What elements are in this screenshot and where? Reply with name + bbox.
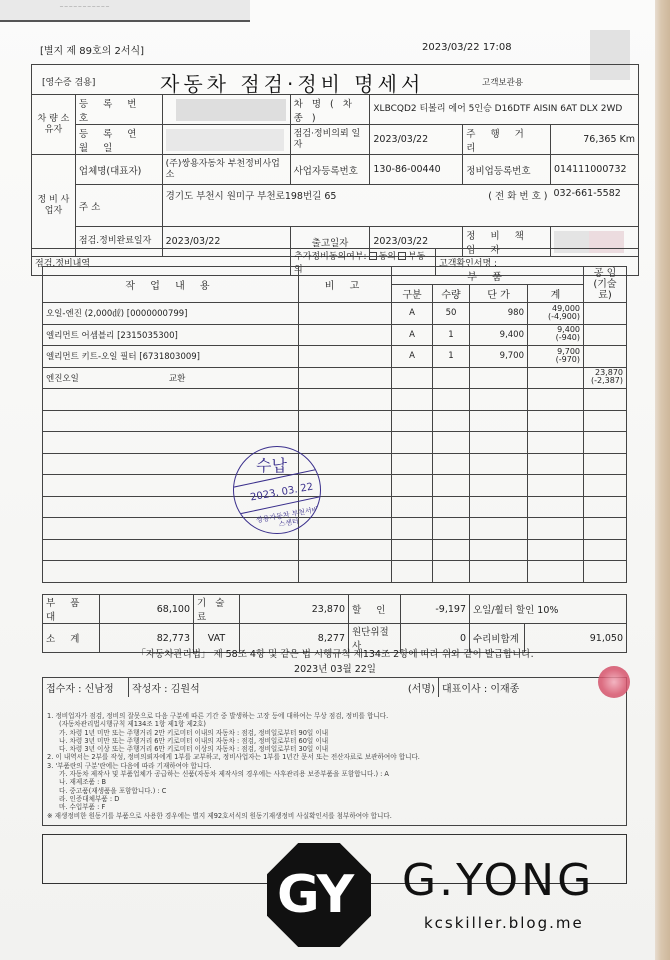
address-label: 주 소: [75, 185, 162, 227]
disagree-checkbox[interactable]: [398, 252, 406, 260]
qty-cell: 1: [433, 324, 470, 346]
empty-cell: [470, 410, 528, 432]
table-row: 엘리먼트 어셈블리 [2315035300]A19,4009,400(-940): [43, 324, 627, 346]
empty-cell: [433, 410, 470, 432]
repair-reg-label: 정비업등록번호: [463, 155, 551, 185]
signature-table: 접수자 : 신남정 작성자 : 김원석 (서명) 대표이사 : 이재종: [42, 677, 627, 697]
empty-cell: [470, 453, 528, 475]
labor-total-label: 기 술 료: [194, 595, 240, 624]
work-cell: 오일-엔진 (2,000㎗) [0000000799]: [43, 303, 299, 325]
totals-table: 부 품 대 68,100 기 술 료 23,870 할 인 -9,197 오일/…: [42, 594, 627, 653]
empty-cell: [392, 475, 433, 497]
unit-price-cell: [470, 367, 528, 389]
empty-cell: [584, 518, 627, 540]
work-cell: 엔진오일교환: [43, 367, 299, 389]
empty-cell: [299, 561, 392, 583]
labor-total-value: 23,870: [240, 595, 349, 624]
company-seal: [598, 666, 630, 698]
note-line: 가. 차령 1년 미만 또는 주행거리 2만 키로미터 이내의 자동차 : 점검…: [47, 729, 626, 737]
labor-cell: [584, 324, 627, 346]
empty-cell: [528, 561, 584, 583]
empty-cell: [584, 432, 627, 454]
mileage-label: 주 행 거 리: [463, 125, 551, 155]
empty-cell: [584, 496, 627, 518]
empty-cell: [470, 475, 528, 497]
work-text: 엘리먼트 어셈블리 [2315035300]: [46, 331, 178, 341]
empty-cell: [584, 475, 627, 497]
note-line: 나. 차령 3년 미만 또는 주행거리 6만 키로미터 이내의 자동차 : 점검…: [47, 737, 626, 745]
paid-stamp: 수납 2023. 03. 22 쌍용자동차 부천서비스센터: [233, 446, 321, 534]
empty-cell: [392, 432, 433, 454]
writer: 작성자 : 김원석: [129, 678, 379, 697]
category-header: 구분: [392, 285, 433, 303]
company-value: (주)쌍용자동차 부천정비사업소: [162, 155, 290, 185]
parts-total-value: 68,100: [100, 595, 194, 624]
category-cell: A: [392, 346, 433, 368]
total-discount: (-4,900): [548, 313, 580, 321]
empty-cell: [528, 389, 584, 411]
unit-price-cell: 980: [470, 303, 528, 325]
empty-cell: [299, 432, 392, 454]
category-cell: [392, 367, 433, 389]
note-line: 라. 인증대체부품 : D: [47, 795, 626, 803]
empty-cell: [470, 496, 528, 518]
empty-row: [43, 453, 627, 475]
shop-section-label: 정 비 사업자: [32, 155, 76, 257]
reg-date-label: 등 록 연 월 일: [75, 125, 162, 155]
note-line: 가. 자동차 제작사 및 부품업체가 공급하는 신품(자동차 제작사의 경우에는…: [47, 770, 626, 778]
form-number: [별지 제 89호의 2서식]: [40, 42, 144, 57]
work-note: 교환: [169, 374, 185, 384]
total-stack: 49,000(-4,900): [548, 305, 580, 321]
work-cell: 엘리먼트 키트-오일 필터 [6731803009]: [43, 346, 299, 368]
sign-mark: (서명): [379, 678, 439, 697]
table-row: 엘리먼트 키트-오일 필터 [6731803009]A19,7009,700(-…: [43, 346, 627, 368]
work-cell: 엘리먼트 어셈블리 [2315035300]: [43, 324, 299, 346]
labor-cell: 23,870(-2,387): [584, 367, 627, 389]
empty-cell: [392, 453, 433, 475]
empty-row: [43, 518, 627, 540]
empty-cell: [584, 410, 627, 432]
total-cell: 49,000(-4,900): [528, 303, 584, 325]
biz-reg-label: 사업자등록번호: [290, 155, 370, 185]
empty-cell: [528, 453, 584, 475]
empty-cell: [528, 475, 584, 497]
model-value: XLBCQD2 티볼리 에어 5인승 D16DTF AISIN 6AT DLX …: [370, 95, 639, 125]
note-cell: [299, 367, 392, 389]
total-discount: (-970): [556, 356, 580, 364]
total-cell: [528, 367, 584, 389]
empty-cell: [470, 389, 528, 411]
title-bar: [영수증 겸용] 자동차 점검·정비 명세서 고객보관용: [31, 64, 639, 94]
empty-cell: [299, 389, 392, 411]
repair-reg-value: 014111000732: [551, 155, 639, 185]
discount-value: -9,197: [401, 595, 470, 624]
phone-label: ( 전 화 번 호 ): [463, 185, 551, 227]
vehicle-shop-info-table: 차 량 소유자 등 록 번 호 차 명 ( 차 종 ) XLBCQD2 티볼리 …: [31, 94, 639, 257]
mileage-value: 76,365 Km: [551, 125, 639, 155]
owner-section-label: 차 량 소유자: [32, 95, 76, 155]
empty-cell: [470, 561, 528, 583]
receipt-label: [영수증 겸용]: [42, 75, 95, 88]
table-row: 엔진오일교환23,870(-2,387): [43, 367, 627, 389]
stamp-text: 수납: [256, 453, 287, 476]
labor-header: 공 임 (기술료): [584, 267, 627, 303]
empty-cell: [470, 539, 528, 561]
note-line: ※ 재생정비한 원동기를 부품으로 사용한 경우에는 별지 제92호서식의 원동…: [47, 812, 626, 820]
table-row: 오일-엔진 (2,000㎗) [0000000799]A5098049,000(…: [43, 303, 627, 325]
biz-reg-value: 130-86-00440: [370, 155, 463, 185]
empty-cell: [528, 496, 584, 518]
empty-cell: [299, 539, 392, 561]
note-cell: [299, 303, 392, 325]
unit-price-header: 단 가: [470, 285, 528, 303]
total-header: 계: [528, 285, 584, 303]
empty-cell: [433, 561, 470, 583]
category-cell: A: [392, 324, 433, 346]
empty-cell: [584, 453, 627, 475]
discount-label: 할 인: [349, 595, 401, 624]
qty-cell: 50: [433, 303, 470, 325]
work-header: 작 업 내 용: [43, 267, 299, 303]
document-title: 자동차 점검·정비 명세서: [160, 68, 424, 97]
empty-cell: [43, 389, 299, 411]
receiver: 접수자 : 신남정: [43, 678, 129, 697]
empty-cell: [43, 410, 299, 432]
unit-price-cell: 9,700: [470, 346, 528, 368]
work-items-table: 작 업 내 용 비 고 부 품 공 임 (기술료) 구분 수량 단 가 계 오일…: [42, 266, 627, 583]
watermark-brand: G.YONG: [402, 855, 594, 906]
note-line: 마. 수입부품 : F: [47, 803, 626, 811]
consent-label: 추가정비동의여부:: [294, 252, 367, 262]
empty-cell: [392, 410, 433, 432]
total-discount: (-940): [556, 334, 580, 342]
total-cell: 9,700(-970): [528, 346, 584, 368]
empty-cell: [470, 518, 528, 540]
address-value: 경기도 부천시 원미구 부천로198번길 65: [162, 185, 463, 227]
empty-cell: [392, 518, 433, 540]
empty-row: [43, 432, 627, 454]
work-text: 오일-엔진 (2,000㎗) [0000000799]: [46, 309, 188, 319]
watermark-url: kcskiller.blog.me: [424, 914, 584, 932]
work-text: 엔진오일: [46, 374, 79, 384]
note-header: 비 고: [299, 267, 392, 303]
category-cell: A: [392, 303, 433, 325]
issue-date: 2023년 03월 22일: [0, 661, 670, 675]
request-date-label: 점검·정비의뢰 일자: [290, 125, 370, 155]
empty-cell: [392, 561, 433, 583]
reg-number-value: [162, 95, 290, 125]
note-line: 2. 이 내역서는 2부를 작성, 정비의뢰자에게 1부를 교부하고, 정비사업…: [47, 753, 626, 761]
note-line: 나. 재제조품 : B: [47, 778, 626, 786]
agree-label: 동의: [379, 252, 396, 262]
labor-discount: (-2,387): [591, 377, 623, 385]
note-cell: [299, 346, 392, 368]
empty-cell: [528, 539, 584, 561]
empty-cell: [470, 432, 528, 454]
work-text: 엘리먼트 키트-오일 필터 [6731803009]: [46, 352, 200, 362]
empty-cell: [528, 518, 584, 540]
empty-row: [43, 496, 627, 518]
empty-row: [43, 389, 627, 411]
empty-cell: [392, 389, 433, 411]
total-stack: 9,700(-970): [556, 348, 580, 364]
labor-cell: [584, 303, 627, 325]
labor-stack: 23,870(-2,387): [591, 369, 623, 385]
request-date-value: 2023/03/22: [370, 125, 463, 155]
note-line: 다. 중고품(재생품을 포함합니다.) : C: [47, 787, 626, 795]
empty-row: [43, 561, 627, 583]
parts-header: 부 품: [392, 267, 584, 285]
model-label: 차 명 ( 차 종 ): [290, 95, 370, 125]
reg-number-label: 등 록 번 호: [75, 95, 162, 125]
phone-value: 032-661-5582: [551, 185, 639, 227]
empty-row: [43, 410, 627, 432]
empty-cell: [528, 410, 584, 432]
empty-cell: [299, 410, 392, 432]
legal-statement: 「자동차관리법」 제 58조 4항 및 같은 법 시행규칙 제134조 2항에 …: [0, 646, 670, 660]
table-surface: [655, 0, 670, 960]
empty-cell: [392, 539, 433, 561]
agree-checkbox[interactable]: [369, 252, 377, 260]
copy-label: 고객보관용: [482, 76, 523, 88]
empty-cell: [584, 389, 627, 411]
logo-text: GY: [277, 865, 352, 925]
printed-timestamp: 2023/03/22 17:08: [422, 42, 512, 53]
note-line: 3. '부품란의 구분'란에는 다음에 따라 기재하여야 합니다.: [47, 762, 626, 770]
notes-box: 1. 정비업자가 점검, 정비의 잘못으로 다음 구분에 따른 기간 중 발생하…: [42, 696, 627, 826]
empty-cell: [584, 539, 627, 561]
reg-date-value: [162, 125, 290, 155]
note-line: (자동차관리법시행규칙 제134조 1항 제1항 제2호): [47, 720, 626, 728]
labor-cell: [584, 346, 627, 368]
empty-cell: [43, 561, 299, 583]
total-stack: 9,400(-940): [556, 326, 580, 342]
qty-header: 수량: [433, 285, 470, 303]
qty-cell: [433, 367, 470, 389]
empty-cell: [433, 496, 470, 518]
note-cell: [299, 324, 392, 346]
empty-cell: [392, 496, 433, 518]
qty-cell: 1: [433, 346, 470, 368]
empty-cell: [433, 453, 470, 475]
empty-cell: [433, 432, 470, 454]
empty-cell: [584, 561, 627, 583]
empty-cell: [433, 475, 470, 497]
empty-cell: [433, 518, 470, 540]
total-cell: 9,400(-940): [528, 324, 584, 346]
empty-cell: [43, 539, 299, 561]
parts-total-label: 부 품 대: [43, 595, 100, 624]
company-label: 업체명(대표자): [75, 155, 162, 185]
empty-cell: [528, 432, 584, 454]
empty-row: [43, 539, 627, 561]
empty-cell: [433, 539, 470, 561]
torn-paper-strip: ─ ─ ─ ─ ─ ─ ─ ─ ─ ─ ─: [0, 0, 250, 22]
empty-row: [43, 475, 627, 497]
empty-cell: [433, 389, 470, 411]
unit-price-cell: 9,400: [470, 324, 528, 346]
discount-note: 오일/휠터 할인 10%: [470, 595, 627, 624]
